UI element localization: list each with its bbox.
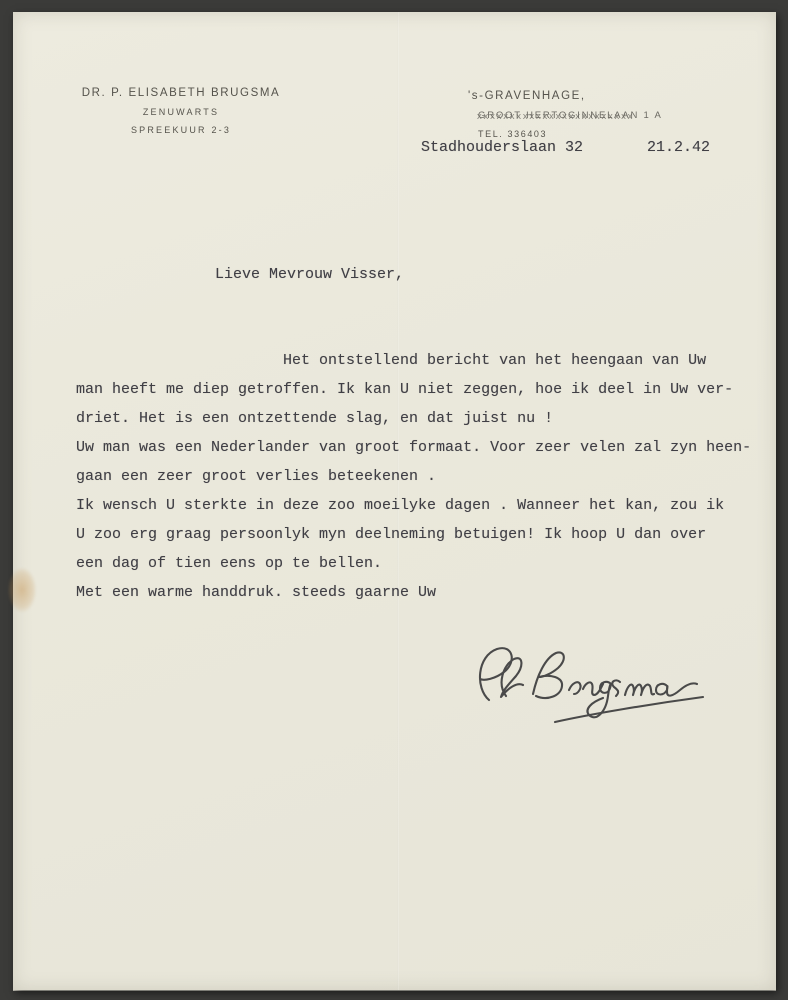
old-address-struck: GROOT HERTOGINNELAAN 1 A xxxxxxxxxxxxxxx… — [478, 110, 586, 122]
doctor-name: DR. P. ELISABETH BRUGSMA — [81, 87, 281, 99]
salutation: Lieve Mevrouw Visser, — [215, 266, 404, 283]
letter-date: 21.2.42 — [647, 139, 710, 156]
body-line: man heeft me diep getroffen. Ik kan U ni… — [76, 375, 751, 404]
doctor-title: ZENUWARTS — [81, 107, 281, 117]
signature-handwriting — [459, 638, 731, 736]
phone-line: TEL. 336403 — [478, 129, 586, 139]
body-line: een dag of tien eens op te bellen. — [76, 549, 751, 578]
body-line: Ik wensch U sterkte in deze zoo moeilyke… — [76, 491, 751, 520]
body-line: Het ontstellend bericht van het heengaan… — [76, 346, 751, 375]
body-line: gaan een zeer groot verlies beteekenen . — [76, 462, 751, 491]
body-line: Uw man was een Nederlander van groot for… — [76, 433, 751, 462]
paper-stain — [8, 568, 36, 612]
old-address-strikethrough: xxxxxxxxxxxxxxxxxxxxxxxx — [477, 111, 634, 122]
body-line: driet. Het is een ontzettende slag, en d… — [76, 404, 751, 433]
city-line: 's-GRAVENHAGE, — [468, 90, 586, 102]
body-line: U zoo erg graag persoonlyk myn deelnemin… — [76, 520, 751, 549]
consultation-hours: SPREEKUUR 2-3 — [81, 125, 281, 135]
body-line: Met een warme handdruk. steeds gaarne Uw — [76, 578, 751, 607]
letter-body: Het ontstellend bericht van het heengaan… — [76, 346, 751, 607]
letterhead-left: DR. P. ELISABETH BRUGSMA ZENUWARTS SPREE… — [81, 87, 281, 135]
letterhead-right: 's-GRAVENHAGE, GROOT HERTOGINNELAAN 1 A … — [468, 90, 586, 139]
typed-street-address: Stadhouderslaan 32 — [421, 139, 583, 156]
letter-paper: DR. P. ELISABETH BRUGSMA ZENUWARTS SPREE… — [13, 12, 776, 990]
